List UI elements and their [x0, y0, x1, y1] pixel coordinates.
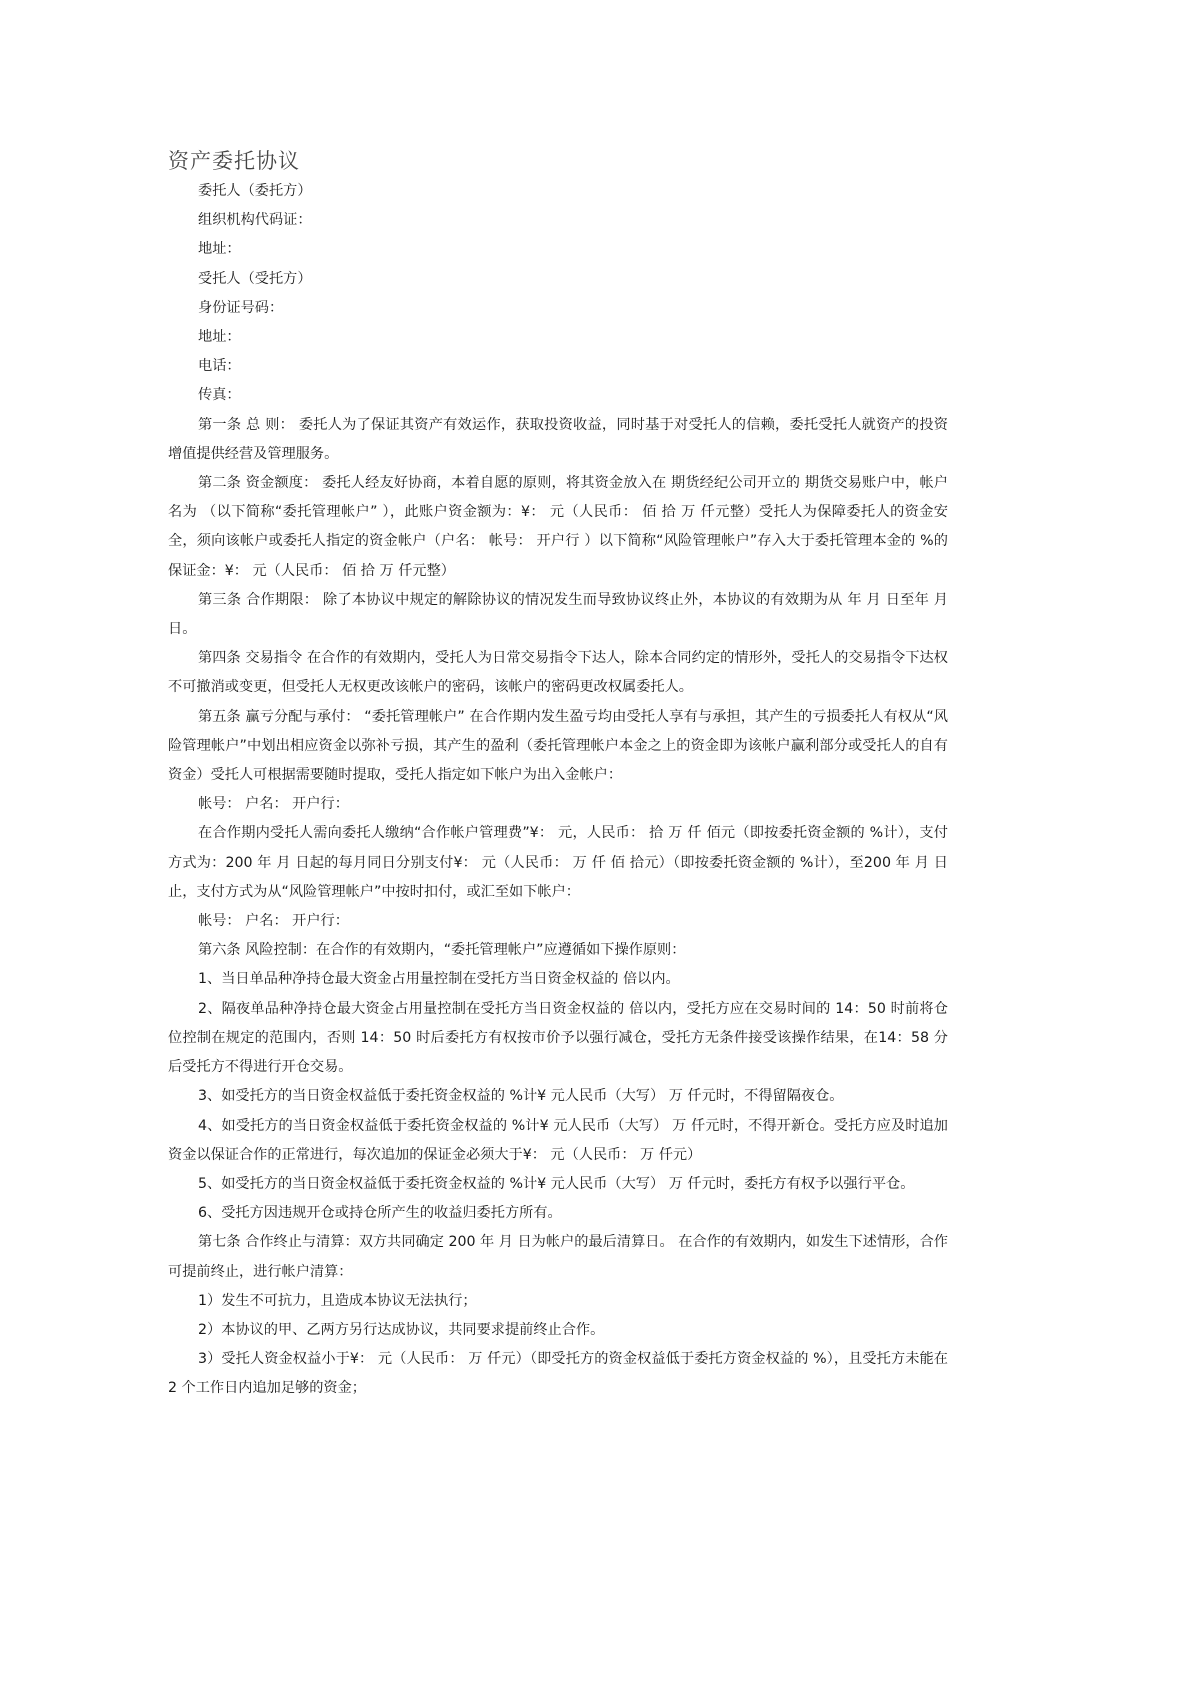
field-trustee-address: 地址：	[168, 323, 948, 352]
field-principal-address: 地址：	[168, 235, 948, 264]
risk-rule-2: 2、隔夜单品种净持仓最大资金占用量控制在受托方当日资金权益的 倍以内，受托方应在…	[168, 995, 948, 1083]
risk-rule-6: 6、受托方因违规开仓或持仓所产生的收益归委托方所有。	[168, 1199, 948, 1228]
account-info-line: 帐号： 户名： 开户行：	[168, 907, 948, 936]
article-4-trading-instructions: 第四条 交易指令 在合作的有效期内，受托人为日常交易指令下达人，除本合同约定的情…	[168, 644, 948, 702]
management-fee-paragraph: 在合作期内受托人需向委托人缴纳“合作帐户管理费”¥： 元，人民币： 拾 万 仟 …	[168, 819, 948, 907]
field-trustee: 受托人（受托方）	[168, 265, 948, 294]
field-id-number: 身份证号码：	[168, 294, 948, 323]
article-7-termination: 第七条 合作终止与清算：双方共同确定 200 年 月 日为帐户的最后清算日。 在…	[168, 1228, 948, 1286]
termination-case-3: 3）受托人资金权益小于¥： 元（人民币： 万 仟元）（即受托方的资金权益低于委托…	[168, 1345, 948, 1403]
account-info-line: 帐号： 户名： 开户行：	[168, 790, 948, 819]
risk-rule-3: 3、如受托方的当日资金权益低于委托资金权益的 %计¥ 元人民币（大写） 万 仟元…	[168, 1082, 948, 1111]
termination-case-2: 2）本协议的甲、乙两方另行达成协议，共同要求提前终止合作。	[168, 1316, 948, 1345]
field-principal: 委托人（委托方）	[168, 177, 948, 206]
article-1-general: 第一条 总 则： 委托人为了保证其资产有效运作，获取投资收益，同时基于对受托人的…	[168, 411, 948, 469]
article-3-term: 第三条 合作期限： 除了本协议中规定的解除协议的情况发生而导致协议终止外，本协议…	[168, 586, 948, 644]
article-6-risk-control: 第六条 风险控制：在合作的有效期内，“委托管理帐户”应遵循如下操作原则：	[168, 936, 948, 965]
document-title: 资产委托协议	[168, 145, 948, 177]
termination-case-1: 1）发生不可抗力，且造成本协议无法执行；	[168, 1287, 948, 1316]
field-fax: 传真：	[168, 381, 948, 410]
field-org-code: 组织机构代码证：	[168, 206, 948, 235]
article-5-profit-loss: 第五条 赢亏分配与承付： “委托管理帐户” 在合作期内发生盈亏均由受托人享有与承…	[168, 703, 948, 791]
field-phone: 电话：	[168, 352, 948, 381]
risk-rule-4: 4、如受托方的当日资金权益低于委托资金权益的 %计¥ 元人民币（大写） 万 仟元…	[168, 1112, 948, 1170]
risk-rule-5: 5、如受托方的当日资金权益低于委托资金权益的 %计¥ 元人民币（大写） 万 仟元…	[168, 1170, 948, 1199]
document-page: 资产委托协议 委托人（委托方） 组织机构代码证： 地址： 受托人（受托方） 身份…	[168, 145, 948, 1404]
risk-rule-1: 1、当日单品种净持仓最大资金占用量控制在受托方当日资金权益的 倍以内。	[168, 965, 948, 994]
article-2-fund-amount: 第二条 资金额度： 委托人经友好协商，本着自愿的原则，将其资金放入在 期货经纪公…	[168, 469, 948, 586]
